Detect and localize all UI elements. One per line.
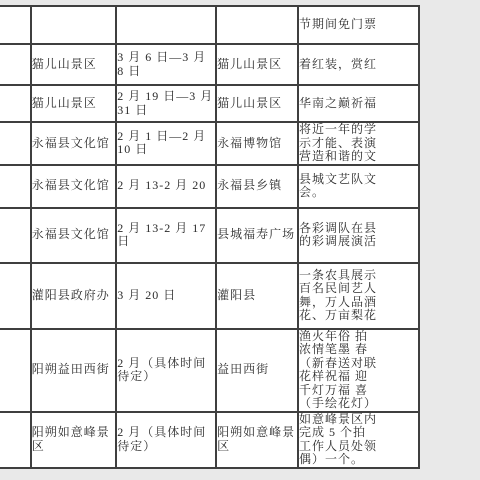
cell-description: 着红装，赏红 (298, 44, 419, 85)
cell-organizer: 猫儿山景区 (31, 85, 116, 122)
cell-date: 2 月 13-2 月 20 (116, 165, 216, 208)
events-table: 节期间免门票 女神节 猫儿山景区 3 月 6 日—3 月 8 日 猫儿山景区 着… (0, 5, 420, 469)
cell-venue: 永福博物馆 (216, 122, 298, 165)
cell-organizer: 永福县文化馆 (31, 165, 116, 208)
table-row: 春系列活 展 永福县文化馆 2 月 1 日—2 月 10 日 永福博物馆 将近一… (0, 122, 419, 165)
cell-date: 2 月 19 日—3 月 31 日 (116, 85, 216, 122)
cell-description: 县城文艺队文 会。 (298, 165, 419, 208)
cell-event-name: 春系列活 展 (0, 122, 31, 165)
cell-organizer: 阳朔如意峰景区 (31, 412, 116, 468)
cell-event-name: 十九祈福 (0, 85, 31, 122)
cell-empty (0, 6, 31, 44)
cell-venue: 灌阳县 (216, 263, 298, 329)
table-row: 春系列活 永福县文化馆 2 月 13-2 月 20 永福县乡镇 县城文艺队文 会… (0, 165, 419, 208)
table-row: 朔过一个 民俗年 阳朔益田西街 2 月（具体时间待定） 益田西街 渔火年俗 拍 … (0, 329, 419, 412)
cell-event-name: 春系列活 (0, 165, 31, 208)
cell-organizer: 永福县文化馆 (31, 122, 116, 165)
document-page: 节期间免门票 女神节 猫儿山景区 3 月 6 日—3 月 8 日 猫儿山景区 着… (0, 0, 480, 480)
cell-venue: 猫儿山景区 (216, 85, 298, 122)
cell-event-name: 灌阳千家 族文化旅 暨“二月 农具文化 (0, 263, 31, 329)
cell-empty (216, 6, 298, 44)
cell-date: 3 月 20 日 (116, 263, 216, 329)
cell-organizer: 阳朔益田西街 (31, 329, 116, 412)
cell-organizer: 灌阳县政府办 (31, 263, 116, 329)
cell-event-name: 女神节 (0, 44, 31, 85)
cell-venue: 阳朔如意峰景区 (216, 412, 298, 468)
cell-venue: 猫儿山景区 (216, 44, 298, 85)
table-row: 灌阳千家 族文化旅 暨“二月 农具文化 灌阳县政府办 3 月 20 日 灌阳县 … (0, 263, 419, 329)
table-row: 十九祈福 猫儿山景区 2 月 19 日—3 月 31 日 猫儿山景区 华南之巅祈… (0, 85, 419, 122)
cell-date: 2 月 1 日—2 月 10 日 (116, 122, 216, 165)
cell-date: 3 月 6 日—3 月 8 日 (116, 44, 216, 85)
cell-event-name: 春系列活 之春彩调 (0, 208, 31, 263)
cell-date: 2 月（具体时间待定） (116, 412, 216, 468)
cell-description: 一条农具展示 百名民间艺人 舞，万人品酒 花、万亩梨花 (298, 263, 419, 329)
cell-description: 将近一年的学 示才能、表演 营造和谐的文 (298, 122, 419, 165)
cell-event-name: 朔过一个 民俗年 (0, 329, 31, 412)
cell-event-name: 峰景区， 春游园 (0, 412, 31, 468)
cell-date: 2 月（具体时间待定） (116, 329, 216, 412)
table-row: 女神节 猫儿山景区 3 月 6 日—3 月 8 日 猫儿山景区 着红装，赏红 (0, 44, 419, 85)
cell-venue: 永福县乡镇 (216, 165, 298, 208)
cell-venue: 县城福寿广场 (216, 208, 298, 263)
table-header-row: 节期间免门票 (0, 6, 419, 44)
cell-description: 各彩调队在县 的彩调展演活 (298, 208, 419, 263)
cell-organizer: 猫儿山景区 (31, 44, 116, 85)
cell-organizer: 永福县文化馆 (31, 208, 116, 263)
cell-empty (116, 6, 216, 44)
table-row: 峰景区， 春游园 阳朔如意峰景区 2 月（具体时间待定） 阳朔如意峰景区 如意峰… (0, 412, 419, 468)
cell-date: 2 月 13-2 月 17 日 (116, 208, 216, 263)
cell-empty (31, 6, 116, 44)
cell-description: 华南之巅祈福 (298, 85, 419, 122)
cell-header-note: 节期间免门票 (298, 6, 419, 44)
cell-venue: 益田西街 (216, 329, 298, 412)
table-row: 春系列活 之春彩调 永福县文化馆 2 月 13-2 月 17 日 县城福寿广场 … (0, 208, 419, 263)
cell-description: 如意峰景区内 完成 5 个拍 工作人员处领 偶）一个。 (298, 412, 419, 468)
cell-description: 渔火年俗 拍 浓情笔墨 春 （新春送对联 花样祝福 迎 千灯万福 喜 （手绘花灯… (298, 329, 419, 412)
